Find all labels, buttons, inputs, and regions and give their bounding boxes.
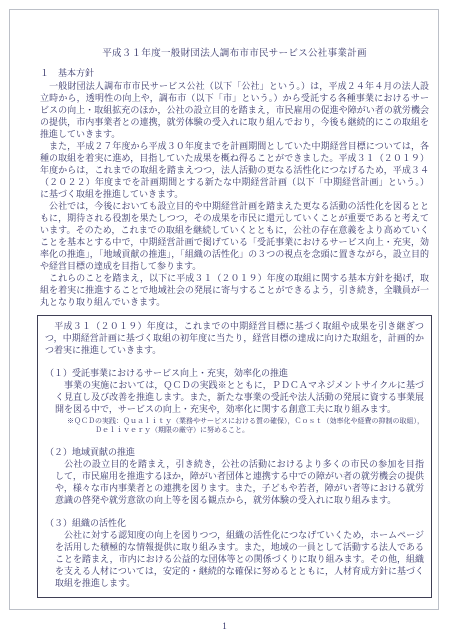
policy-item-2-body: 公社の設立目的を踏まえ，引き続き，公社の活動におけるより多くの市民の参加を目指し… xyxy=(55,458,424,506)
document-body: 平成３１年度一般財団法人調布市市民サービス公社事業計画 １ 基本方針 一般財団法… xyxy=(40,48,429,598)
document-title: 平成３１年度一般財団法人調布市市民サービス公社事業計画 xyxy=(40,48,429,60)
page-number: 1 xyxy=(0,621,449,631)
paragraph-three-viewpoints: 公社では，今後においても設立目的や中期経営計画を踏まえた更なる活動の活性化を図る… xyxy=(40,200,429,272)
policy-item-2-heading: （２）地域貢献の推進 xyxy=(45,446,424,458)
policy-item-1-qcd-footnote: ※ＱＣＤの実践：Ｑｕａｌｉｔｙ（業務やサービスにおける質の確保），Ｃｏｓｔ（効率… xyxy=(67,417,424,435)
policy-box: 平成３１（２０１９）年度は，これまでの中期経営目標に基づく取組や成果を引き継ぎつ… xyxy=(37,315,432,598)
policy-item-2: （２）地域貢献の推進 公社の設立目的を踏まえ，引き続き，公社の活動におけるより多… xyxy=(45,446,424,506)
section-heading-basic-policy: １ 基本方針 xyxy=(40,67,429,79)
policy-item-1-body: 事業の実施においては，ＱＣＤの実践※とともに，ＰＤＣＡマネジメントサイクルに基づ… xyxy=(55,379,424,415)
paragraph-midterm-goals: また，平成２７年度から平成３０年度までを計画期間としていた中期経営目標については… xyxy=(40,140,429,200)
policy-item-3-heading: （３）組織の活性化 xyxy=(45,517,424,529)
policy-item-3: （３）組織の活性化 公社に対する認知度の向上を図りつつ，組織の活性化につなげてい… xyxy=(45,517,424,589)
policy-item-1: （１）受託事業におけるサービス向上・充実，効率化の推進 事業の実施においては，Ｑ… xyxy=(45,367,424,435)
policy-box-intro: 平成３１（２０１９）年度は，これまでの中期経営目標に基づく取組や成果を引き継ぎつ… xyxy=(45,320,424,356)
paragraph-founding-purpose: 一般財団法人調布市市民サービス公社（以下「公社」という。）は，平成２４年４月の法… xyxy=(40,80,429,140)
policy-item-3-body: 公社に対する認知度の向上を図りつつ，組織の活性化につなげていくため，ホームページ… xyxy=(55,529,424,589)
paragraph-commitment: これらのことを踏まえ，以下に平成３１（２０１９）年度の取組に関する基本方針を掲げ… xyxy=(40,272,429,308)
policy-item-1-heading: （１）受託事業におけるサービス向上・充実，効率化の推進 xyxy=(45,367,424,379)
